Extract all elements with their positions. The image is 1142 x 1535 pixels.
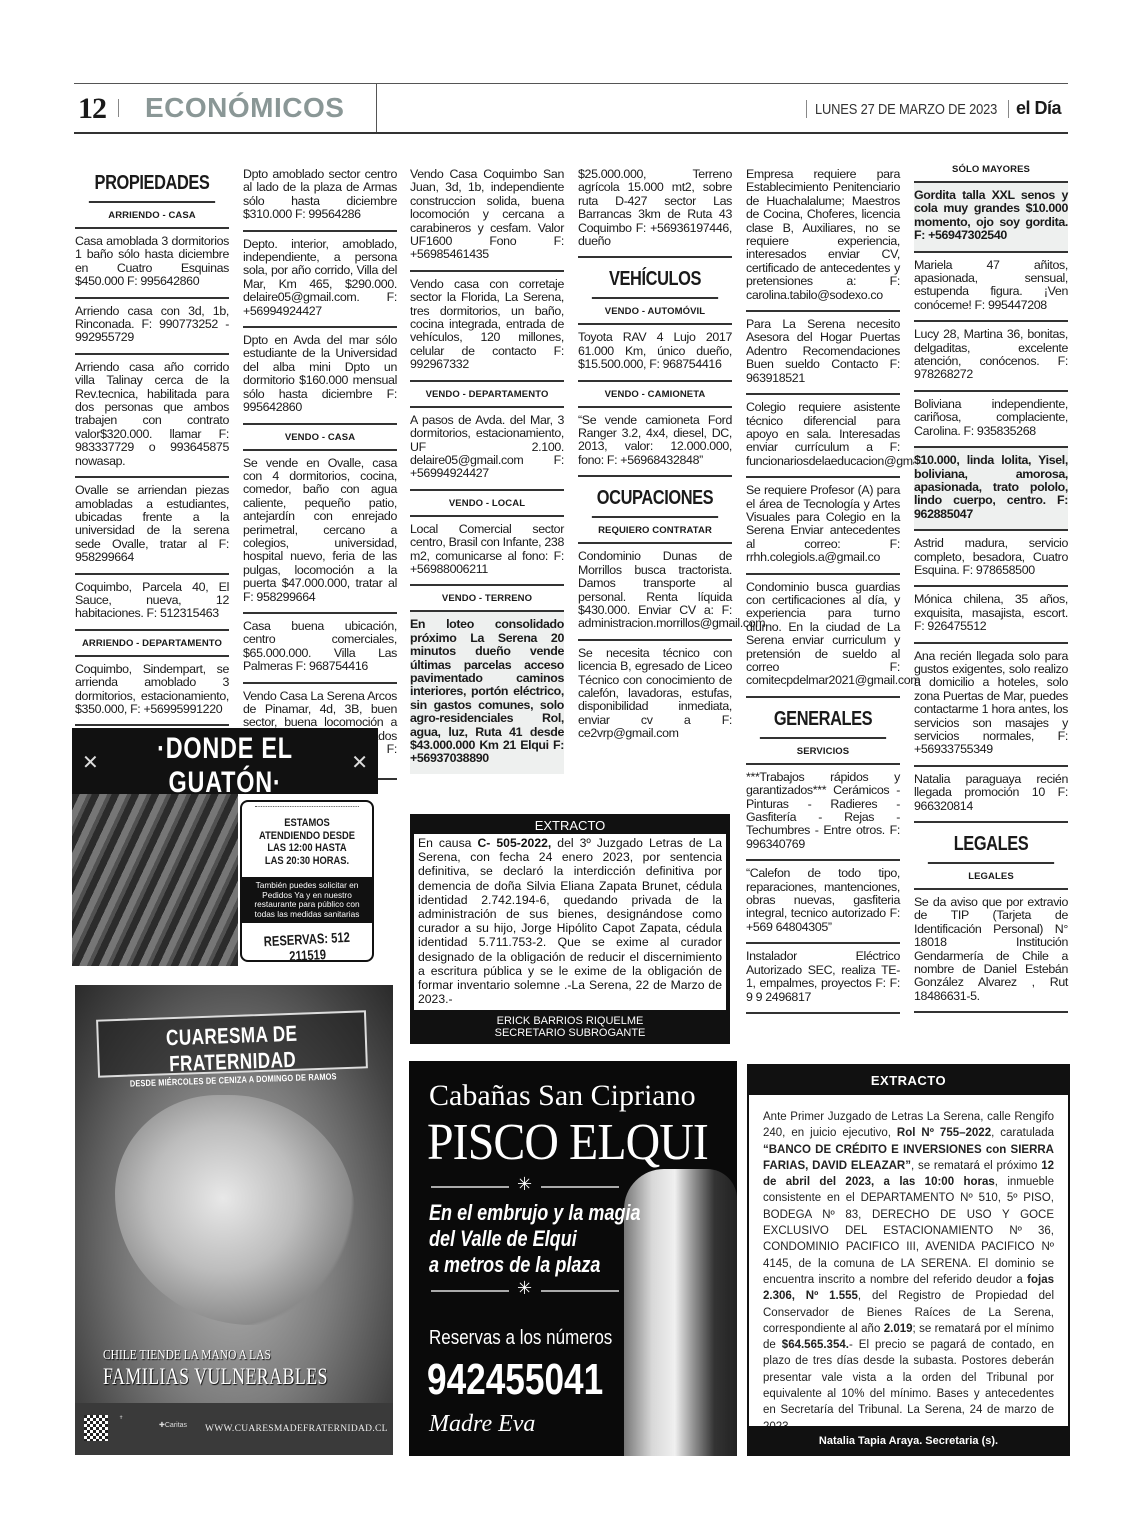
divider-line [541,1290,619,1292]
classified-ad: Mónica chilena, 35 años, exquisita, masa… [914,587,1068,643]
ad-signature: Madre Eva [429,1411,535,1438]
header-separator [118,99,119,117]
star-divider: ✳ [431,1283,621,1297]
slogan-line-2: FAMILIAS VULNERABLES [103,1364,328,1390]
ad-pisco-elqui: Cabañas San Cipriano PISCO ELQUI ✳ En el… [409,1061,737,1456]
classified-ad: Coquimbo, Sindempart, se arrienda amobla… [75,657,229,727]
classified-ad: Lucy 28, Martina 36, bonitas, delgaditas… [914,322,1068,392]
classified-ad: Se requiere Profesor (A) para el área de… [746,478,900,574]
classified-ad: Coquimbo, Parcela 40, El Sauce, nueva, 1… [75,575,229,631]
body-text: - El precio se pagará de contado, en pla… [763,1339,1054,1432]
column-ocupaciones-generales: Empresa requiere para Establecimiento Pe… [746,164,900,1014]
classified-ad: Local Comercial sector centro, Brasil co… [410,517,564,587]
section-title: ECONÓMICOS [145,92,344,124]
column-propiedades-2: Dpto amoblado sector centro al lado de l… [243,164,397,780]
subcategory-title: VENDO - DEPARTAMENTO [410,382,564,408]
minimum-bid: $64.565.354. [782,1339,849,1351]
classified-ad: Arriendo casa con 3d, 1b, Rinconada. F: … [75,299,229,355]
page-number: 12 [78,92,106,126]
classified-ad: Dpto amoblado sector centro al lado de l… [243,164,397,232]
ad-url: WWW.CUARESMADEFRATERNIDAD.CL [205,1424,388,1434]
classified-ad: Astrid madura, servicio completo, besado… [914,531,1068,587]
crossed-utensils-icon: ✕ [82,750,99,775]
header-separator [806,100,807,118]
classified-ad: Ana recién llegada solo para gustos exig… [914,644,1068,767]
case-number: C- 505-2022, [478,836,552,850]
classified-ad: Instalador Eléctrico Autorizado SEC, rea… [746,944,900,1014]
classified-ad: Mariela 47 añitos, apasionada, sensual, … [914,253,1068,323]
hooded-figure-photo [624,1169,737,1456]
caritas-text: Caritas [165,1422,187,1429]
notice-body: Ante Primer Juzgado de Letras La Serena,… [749,1095,1068,1435]
subcategory-title: VENDO - LOCAL [410,491,564,517]
subcategory-title: ARRIENDO - DEPARTAMENTO [75,631,229,657]
conferencia-episcopal-logo: ✝ [119,1415,149,1441]
classified-ad: Toyota RAV 4 Lujo 2017 61.000 Km, único … [578,325,732,381]
subcategory-title: LEGALES [914,864,1068,890]
classified-ad: Ovalle se arriendan piezas amobladas a e… [75,478,229,574]
opening-hours: ESTAMOS ATENDIENDO DESDE LAS 12:00 HASTA… [255,806,359,871]
classified-ad: Arriendo casa año corrido villa Talinay … [75,355,229,478]
classified-ad: “Calefon de todo tipo, reparaciones, man… [746,861,900,944]
classified-ad: “Se vende camioneta Ford Ranger 3.2, 4x4… [578,408,732,478]
classified-ad-featured: En loteo consolidado próximo La Serena 2… [410,612,564,773]
category-title: VEHÍCULOS [592,258,718,299]
classified-ad: Depto. interior, amoblado, independiente… [243,232,397,328]
classified-ad: A pasos de Avda. del Mar, 3 dormitorios,… [410,408,564,491]
caritas-logo: ✚Caritas [159,1421,187,1429]
crossed-utensils-icon: ✕ [351,750,368,775]
notice-title: EXTRACTO [410,814,730,834]
classified-ad: Se necesita técnico con licencia B, egre… [578,641,732,749]
category-title: LEGALES [928,823,1054,864]
notice-signature: Natalia Tapia Araya. Secretaria (s). [747,1426,1070,1456]
ad-footer: ✝ ✚Caritas WWW.CUARESMADEFRATERNIDAD.CL [75,1403,393,1455]
subcategory-title: VENDO - CASA [243,425,397,451]
reservation-label: Reservas a los números [429,1327,612,1350]
grilled-meat-photo [72,794,238,966]
subcategory-title: SÓLO MAYORES [914,160,1068,183]
legal-notice-extracto-1: EXTRACTO En causa C- 505-2022, del 3º Ju… [410,814,730,1044]
body-text: , inmueble consistente en el DEPARTAMENT… [763,1176,1054,1286]
column-vehiculos-ocupaciones: $25.000.000, Terreno agrícola 15.000 mt2… [578,164,732,749]
classified-ad-featured: $10.000, linda lolita, Yisel, boliviana,… [914,448,1068,531]
subcategory-title: ARRIENDO - CASA [75,203,229,229]
tagline-line: a metros de la plaza [429,1252,641,1278]
classified-ad: Para La Serena necesito Asesora del Hoga… [746,312,900,395]
ad-title: ·DONDE EL GUATÓN· [106,728,345,800]
slogan-line-1: CHILE TIENDE LA MANO A LAS [103,1348,339,1364]
qr-code-icon [84,1415,108,1441]
ad-tagline: En el embrujo y la magia del Valle de El… [429,1200,641,1278]
delivery-info: También puedes solicitar en Pedidos Ya y… [242,877,372,923]
classified-ad: Se vende en Ovalle, casa con 4 dormitori… [243,451,397,614]
subcategory-title: VENDO - CAMIONETA [578,382,732,408]
tagline-line: En el embrujo y la magia [429,1200,641,1226]
notice-title: EXTRACTO [749,1066,1068,1095]
star-divider: ✳ [431,1179,621,1193]
category-title: OCUPACIONES [592,477,718,518]
sparkle-icon: ✳ [517,1278,532,1299]
classified-ad: Natalia paraguaya recién llegada promoci… [914,767,1068,823]
ad-cuaresma-de-fraternidad: CUARESMA DE FRATERNIDAD DESDE MIÉRCOLES … [75,985,393,1455]
subcategory-title: VENDO - TERRENO [410,586,564,612]
newspaper-logo: el Día [1016,98,1061,119]
body-text: del 3º Juzgado Letras de La Serena, con … [418,836,722,1006]
signer-title: SECRETARIO SUBROGANTE [410,1028,730,1040]
category-title: GENERALES [760,698,886,739]
legal-notice-extracto-2: EXTRACTO Ante Primer Juzgado de Letras L… [747,1064,1070,1456]
registry-year: 2.019 [884,1323,913,1335]
classified-ad: Casa amoblada 3 dormitorios 1 baño sólo … [75,229,229,299]
classified-ad: Casa buena ubicación, centro comerciales… [243,614,397,684]
hands-photo [115,1095,355,1325]
header-bottom-rule [74,132,1068,134]
classified-ad: Condominio Dunas de Morrillos busca trac… [578,544,732,640]
classified-ad: Colegio requiere asistente técnico difer… [746,395,900,478]
ad-title: PISCO ELQUI [427,1113,708,1172]
notice-signature: ERICK BARRIOS RIQUELME SECRETARIO SUBROG… [410,1010,730,1039]
body-text: , se rematará el próximo [911,1160,1041,1172]
classified-ad: Empresa requiere para Establecimiento Pe… [746,164,900,312]
body-text: En causa [418,836,478,850]
category-title: PROPIEDADES [89,162,215,203]
subcategory-title: VENDO - AUTOMÓVIL [578,299,732,325]
ad-banner: CUARESMA DE FRATERNIDAD DESDE MIÉRCOLES … [96,1010,368,1077]
classified-ad: Vendo casa con corretaje sector la Flori… [410,272,564,382]
divider-line [541,1186,619,1188]
reservation-phone: 942455041 [427,1355,603,1405]
tagline-line: del Valle de Elqui [429,1226,641,1252]
column-propiedades-3: Vendo Casa Coquimbo San Juan, 3d, 1b, in… [410,164,564,774]
subcategory-title: REQUIERO CONTRATAR [578,518,732,544]
ad-slogan: CHILE TIENDE LA MANO A LAS FAMILIAS VULN… [103,1348,391,1390]
classified-ad: Condominio busca guardias con certificac… [746,575,900,698]
header-top-rule [74,83,1068,84]
ad-title: CUARESMA DE FRATERNIDAD [127,1013,336,1078]
header-divider [376,84,377,132]
classified-ad: Boliviana independiente, cariñosa, compl… [914,392,1068,448]
body-text: , caratulada [991,1127,1054,1139]
sparkle-icon: ✳ [517,1174,532,1195]
divider-line [431,1290,509,1292]
reservation-phone: RESERVAS: 512 211519 [254,921,360,966]
ad-header: ✕ ·DONDE EL GUATÓN· ♨ PARRILLADAS ♨ ✕ [72,728,378,794]
classified-ad-featured: Gordita talla XXL senos y cola muy grand… [914,183,1068,253]
ad-info-panel: ESTAMOS ATENDIENDO DESDE LAS 12:00 HASTA… [240,800,374,962]
column-solo-mayores-legales: SÓLO MAYORES Gordita talla XXL senos y c… [914,160,1068,1013]
classified-ad: $25.000.000, Terreno agrícola 15.000 mt2… [578,164,732,258]
divider-line [431,1186,509,1188]
classified-ad: ***Trabajos rápidos y garantizados*** Ce… [746,765,900,861]
ad-donde-el-guaton: ✕ ·DONDE EL GUATÓN· ♨ PARRILLADAS ♨ ✕ ES… [72,728,378,966]
ad-brand: Cabañas San Cipriano [429,1079,696,1113]
issue-date: LUNES 27 DE MARZO DE 2023 [815,101,997,118]
subcategory-title: SERVICIOS [746,739,900,765]
classified-ad: Dpto en Avda del mar sólo estudiante de … [243,328,397,424]
case-number: Rol Nº 755–2022 [897,1127,991,1139]
notice-body: En causa C- 505-2022, del 3º Juzgado Let… [414,834,726,1010]
classified-ad: Se da aviso que por extravio de TIP (Tar… [914,890,1068,1013]
header-separator [1008,100,1009,118]
column-propiedades-1: PROPIEDADES ARRIENDO - CASA Casa amoblad… [75,162,229,726]
classified-ad: Vendo Casa Coquimbo San Juan, 3d, 1b, in… [410,164,564,272]
